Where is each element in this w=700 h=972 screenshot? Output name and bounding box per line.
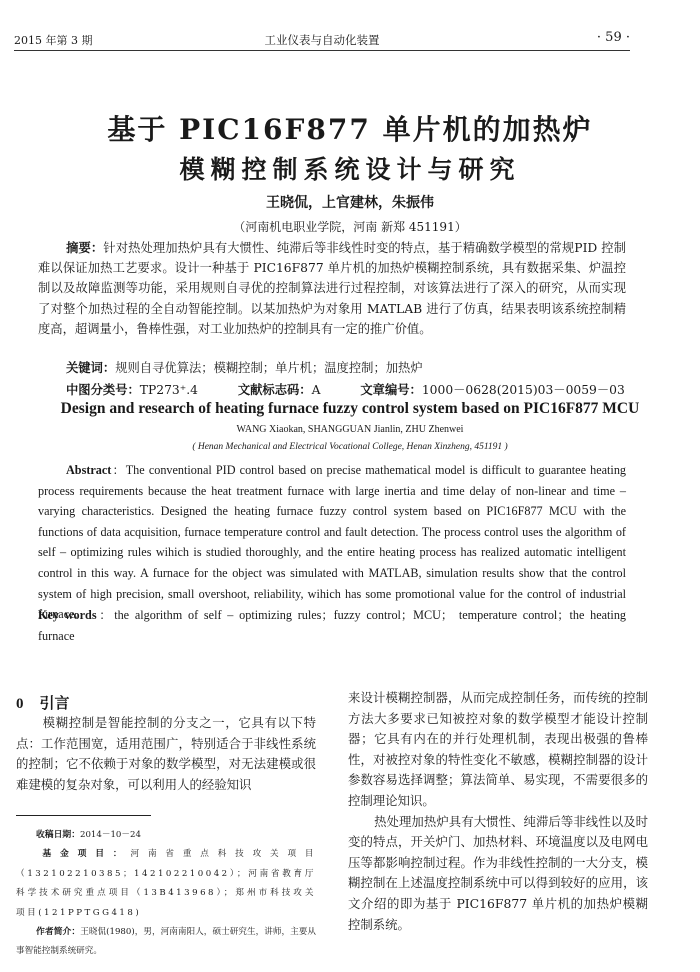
doc-code-value: A	[312, 383, 321, 397]
keywords-en-label: Key words	[38, 608, 97, 622]
section-heading: 0引言	[16, 692, 70, 713]
section-title: 引言	[40, 694, 70, 712]
article-no-value: 1000－0628(2015)03－0059－03	[422, 383, 625, 397]
abstract-en-label: Abstract	[66, 463, 111, 477]
received-value: 2014－10－24	[80, 830, 141, 840]
intro-paragraph-1-continued: 来设计模糊控制器，从而完成控制任务，而传统的控制方法大多要求已知被控对象的数学模…	[348, 688, 648, 812]
abstract-en-text: The conventional PID control based on pr…	[38, 463, 626, 621]
keywords-en-text: the algorithm of self – optimizing rules…	[38, 608, 626, 643]
affiliation-cn: （河南机电职业学院，河南 新郑 451191）	[0, 218, 700, 235]
intro-paragraph-1: 模糊控制是智能控制的分支之一，它具有以下特点：工作范围宽，适用范围广，特别适合于…	[16, 715, 316, 792]
received-label: 收稿日期：	[36, 830, 80, 840]
body-column-right: 来设计模糊控制器，从而完成控制任务，而传统的控制方法大多要求已知被控对象的数学模…	[348, 688, 648, 935]
title-cn-line1: 基于 PIC16F877 单片机的加热炉	[0, 108, 700, 148]
affiliation-en: ( Henan Mechanical and Electrical Vocati…	[0, 442, 700, 452]
section-number: 0	[16, 696, 24, 712]
footnotes: 收稿日期：2014－10－24 基金项目：河南省重点科技攻关项目（1321022…	[16, 826, 316, 962]
clc-value: TP273⁺.4	[140, 383, 198, 397]
author-bio-label: 作者简介：	[36, 927, 80, 937]
abstract-en: Abstract：The conventional PID control ba…	[38, 460, 626, 625]
keywords-cn: 关键词：规则自寻优算法；模糊控制；单片机；温度控制；加热炉	[66, 358, 423, 376]
footnote-rule	[16, 815, 151, 816]
doc-code-label: 文献标志码：	[238, 383, 312, 397]
abstract-cn: 摘要：针对热处理加热炉具有大惯性、纯滞后等非线性时变的特点，基于精确数学模型的常…	[38, 238, 626, 339]
footnote-received: 收稿日期：2014－10－24	[16, 826, 316, 845]
journal-name: 工业仪表与自动化装置	[14, 32, 630, 48]
abstract-cn-text: 针对热处理加热炉具有大惯性、纯滞后等非线性时变的特点，基于精确数学模型的常规PI…	[38, 241, 626, 336]
fund-text: 河南省重点科技攻关项目（132102210385；142102210042）；河…	[16, 849, 316, 917]
keywords-en-sep: ：	[97, 608, 115, 622]
abstract-en-sep: ：	[111, 463, 125, 477]
keywords-en: Key words：the algorithm of self – optimi…	[38, 605, 626, 646]
title-cn-line2: 模糊控制系统设计与研究	[0, 150, 700, 186]
authors-cn: 王晓侃，上官建林，朱振伟	[0, 192, 700, 212]
article-no-label: 文章编号：	[360, 383, 422, 397]
title-en: Design and research of heating furnace f…	[0, 400, 700, 418]
classification-line: 中图分类号：TP273⁺.4 文献标志码：A 文章编号：1000－0628(20…	[66, 380, 625, 398]
running-header: 2015 年第 3 期 工业仪表与自动化装置 · 59 ·	[14, 28, 630, 51]
authors-en: WANG Xiaokan, SHANGGUAN Jianlin, ZHU Zhe…	[0, 424, 700, 435]
footnote-fund: 基金项目：河南省重点科技攻关项目（132102210385；1421022100…	[16, 845, 316, 923]
abstract-cn-label: 摘要：	[66, 241, 103, 255]
keywords-cn-label: 关键词：	[66, 361, 115, 375]
footnote-author: 作者简介：王晓侃(1980)，男，河南南阳人，硕士研究生，讲师，主要从事智能控制…	[16, 923, 316, 962]
body-column-left: 模糊控制是智能控制的分支之一，它具有以下特点：工作范围宽，适用范围广，特别适合于…	[16, 713, 316, 795]
page-number: · 59 ·	[597, 30, 630, 45]
keywords-cn-text: 规则自寻优算法；模糊控制；单片机；温度控制；加热炉	[115, 361, 422, 375]
fund-label: 基金项目：	[36, 849, 131, 859]
intro-paragraph-2: 热处理加热炉具有大惯性、纯滞后等非线性以及时变的特点，开关炉门、加热材料、环境温…	[348, 814, 648, 932]
clc-label: 中图分类号：	[66, 383, 140, 397]
